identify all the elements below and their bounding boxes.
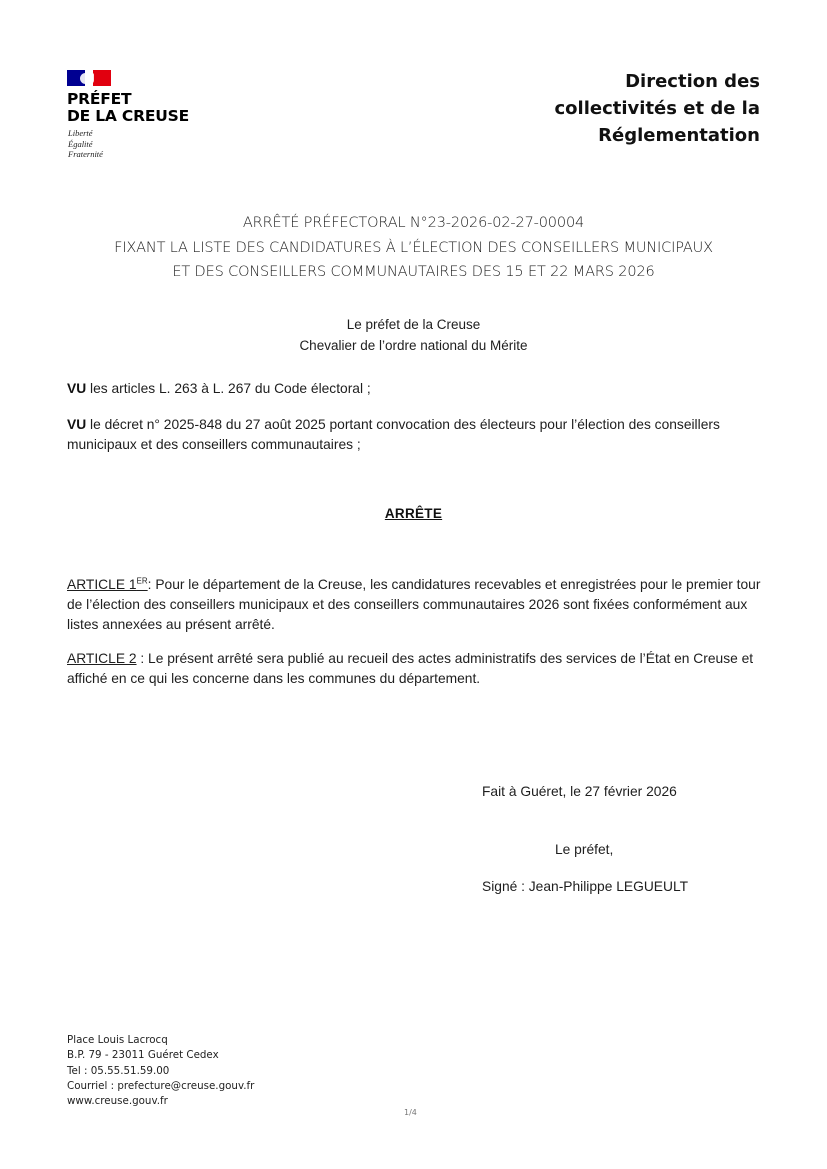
footer-address: Place Louis Lacrocq: [67, 1033, 254, 1048]
article-label: ARTICLE 1ER: [67, 577, 148, 592]
visa-text: les articles L. 263 à L. 267 du Code éle…: [86, 381, 371, 396]
authority-line: Le préfet de la Creuse: [0, 314, 827, 335]
authority-line: Chevalier de l’ordre national du Mérite: [0, 335, 827, 356]
article-text: : Le présent arrêté sera publié au recue…: [67, 651, 753, 686]
footer-website: www.creuse.gouv.fr: [67, 1094, 254, 1109]
article-text: : Pour le département de la Creuse, les …: [67, 577, 760, 632]
direction-heading: Direction des collectivités et de la Rég…: [555, 68, 760, 149]
visa-label: VU: [67, 381, 86, 396]
place-and-date: Fait à Guéret, le 27 février 2026: [482, 784, 677, 799]
page-number: 1/4: [404, 1108, 417, 1117]
visa-label: VU: [67, 417, 86, 432]
issuing-authority: Le préfet de la Creuse Chevalier de l’or…: [0, 314, 827, 356]
direction-line: Réglementation: [555, 122, 760, 149]
signatory-name: Signé : Jean-Philippe LEGUEULT: [482, 879, 688, 894]
direction-line: collectivités et de la: [555, 95, 760, 122]
decision-heading: ARRÊTE: [0, 506, 827, 521]
title-line: ET DES CONSEILLERS COMMUNAUTAIRES DES 15…: [0, 260, 827, 285]
visa-text: le décret n° 2025-848 du 27 août 2025 po…: [67, 417, 720, 452]
footer-email: Courriel : prefecture@creuse.gouv.fr: [67, 1079, 254, 1094]
footer-contact: Place Louis Lacrocq B.P. 79 - 23011 Guér…: [67, 1033, 254, 1109]
title-line-reference: ARRÊTÉ PRÉFECTORAL N°23-2026-02-27-00004: [0, 211, 827, 236]
article-1: ARTICLE 1ER: Pour le département de la C…: [67, 575, 767, 635]
motto-liberte: Liberté: [68, 128, 103, 139]
marianne-profile-icon: [80, 73, 94, 84]
visa-1: VU les articles L. 263 à L. 267 du Code …: [67, 379, 767, 399]
visa-2: VU le décret n° 2025-848 du 27 août 2025…: [67, 415, 767, 455]
footer-postal: B.P. 79 - 23011 Guéret Cedex: [67, 1048, 254, 1063]
motto-egalite: Égalité: [68, 139, 103, 150]
direction-line: Direction des: [555, 68, 760, 95]
motto-fraternite: Fraternité: [68, 149, 103, 160]
document-title: ARRÊTÉ PRÉFECTORAL N°23-2026-02-27-00004…: [0, 211, 827, 285]
marianne-flag-icon: [67, 70, 111, 86]
article-label: ARTICLE 2: [67, 651, 137, 666]
prefecture-name-line1: PRÉFET: [67, 91, 189, 108]
title-line: FIXANT LA LISTE DES CANDIDATURES À L’ÉLE…: [0, 236, 827, 261]
footer-phone: Tel : 05.55.51.59.00: [67, 1064, 254, 1079]
signatory-title: Le préfet,: [555, 842, 613, 857]
prefecture-name-line2: DE LA CREUSE: [67, 108, 189, 125]
republic-motto: Liberté Égalité Fraternité: [68, 128, 103, 160]
article-2: ARTICLE 2 : Le présent arrêté sera publi…: [67, 649, 767, 689]
prefecture-name: PRÉFET DE LA CREUSE: [67, 91, 189, 125]
